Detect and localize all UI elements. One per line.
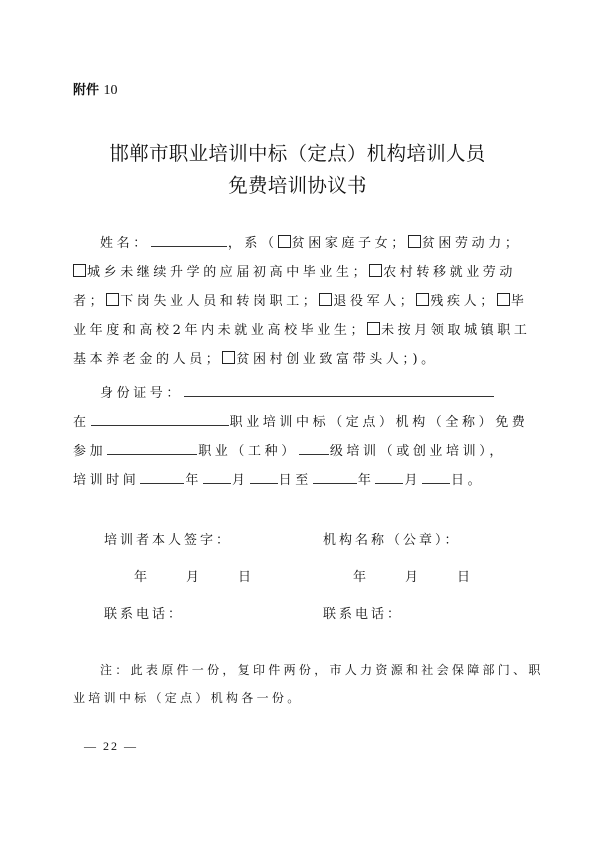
category-label: 退役军人； [333,294,416,309]
level-field[interactable] [299,442,329,455]
at-label: 在 [73,415,90,430]
checkbox-poor-labor[interactable] [408,235,421,248]
category-label: 残疾人； [430,294,496,309]
category-label: 基本养老金的人员； [73,352,222,367]
note-line-1: 注：此表原件一份，复印件两份，市人力资源和社会保障部门、职 [100,661,544,678]
end-month-field[interactable] [375,471,403,484]
trainee-signature-label: 培训者本人签字： [104,529,232,548]
categories-close: )。 [413,352,438,367]
page-number: — 22 — [84,739,138,754]
id-number-field[interactable] [184,384,494,397]
trainee-phone-label: 联系电话： [104,603,184,622]
checkbox-rural-transfer-labor[interactable] [369,264,382,277]
category-label: 未按月领取城镇职工 [381,323,530,338]
month-label: 月 [232,473,249,488]
end-day-field[interactable] [422,471,450,484]
id-line: 身份证号： [100,379,540,408]
institution-date: 年月日 [353,566,473,585]
category-line-5: 基本养老金的人员；贫困村创业致富带头人；)。 [73,345,513,374]
category-label: 贫困家庭子女； [292,236,408,251]
time-label: 培训时间 [73,473,139,488]
occupation-field[interactable] [107,442,197,455]
checkbox-village-entrepreneur[interactable] [222,351,235,364]
day-end-label: 日。 [451,473,484,488]
id-label: 身份证号： [100,386,183,401]
checkbox-no-pension[interactable] [367,322,380,335]
category-label: 者； [73,294,106,309]
category-label: 贫困村创业致富带头人； [236,352,412,367]
checkbox-veterans[interactable] [319,293,332,306]
checkbox-unemployed-graduates[interactable] [497,293,510,306]
note-line-2: 业培训中标（定点）机构各一份。 [73,689,303,706]
category-label: 农村转移就业劳动 [383,265,516,280]
month-label: 月 [404,473,421,488]
month-label: 月 [186,566,202,585]
day-to-label: 日至 [279,473,312,488]
day-label: 日 [457,566,473,585]
category-line-3: 者；下岗失业人员和转岗职工；退役军人；残疾人；毕 [73,287,513,316]
institution-suffix: 职业培训中标（定点）机构（全称）免费 [230,415,529,430]
start-day-field[interactable] [250,471,278,484]
title-line-2: 免费培训协议书 [0,170,595,198]
start-month-field[interactable] [203,471,231,484]
name-line: 姓名：，系（贫困家庭子女；贫困劳动力； [100,229,540,258]
category-line-2: 城乡未继续升学的应届初高中毕业生；农村转移就业劳动 [73,258,513,287]
attachment-text: 附件 [73,83,99,98]
institution-field[interactable] [91,413,229,426]
institution-phone-label: 联系电话： [323,603,403,622]
year-label: 年 [134,566,150,585]
category-label: 城乡未继续升学的应届初高中毕业生； [87,265,369,280]
end-year-field[interactable] [313,471,357,484]
year-label: 年 [358,473,375,488]
title-line-1: 邯郸市职业培训中标（定点）机构培训人员 [0,138,595,166]
category-label: 毕 [511,294,528,309]
level-suffix: 级培训（或创业培训）， [330,444,506,459]
checkbox-disabled[interactable] [416,293,429,306]
name-field[interactable] [151,234,227,247]
belongs-label: ，系（ [228,236,278,251]
occupation-suffix: 职业（工种） [198,444,298,459]
name-label: 姓名： [100,236,150,251]
month-label: 月 [405,566,421,585]
trainee-date: 年月日 [134,566,254,585]
category-label: 业年度和高校2年内未就业高校毕业生； [73,323,367,338]
institution-line: 在职业培训中标（定点）机构（全称）免费 [73,408,513,437]
year-label: 年 [353,566,369,585]
checkbox-graduates-not-continuing[interactable] [73,264,86,277]
category-label: 贫困劳动力； [422,236,522,251]
start-year-field[interactable] [140,471,184,484]
checkbox-laid-off[interactable] [106,293,119,306]
join-label: 参加 [73,444,106,459]
day-label: 日 [238,566,254,585]
attachment-number: 10 [104,83,118,98]
training-time-line: 培训时间年月日至年月日。 [73,466,513,495]
checkbox-poor-family-child[interactable] [278,235,291,248]
attachment-label: 附件 10 [73,79,118,99]
year-label: 年 [185,473,202,488]
category-line-4: 业年度和高校2年内未就业高校毕业生；未按月领取城镇职工 [73,316,513,345]
occupation-line: 参加职业（工种）级培训（或创业培训）， [73,437,513,466]
institution-seal-label: 机构名称（公章）： [323,529,461,548]
category-label: 下岗失业人员和转岗职工； [120,294,319,309]
